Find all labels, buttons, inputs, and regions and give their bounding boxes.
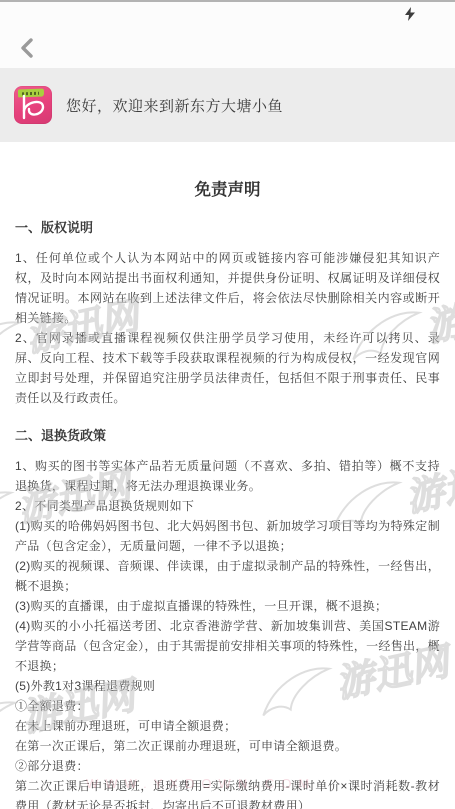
disclaimer-document: 免责声明 一、版权说明1、任何单位或个人认为本网站中的网页或链接内容可能涉嫌侵犯…	[0, 176, 455, 809]
chevron-left-icon	[19, 38, 34, 58]
datang-xiaoyu-app-icon	[14, 86, 52, 124]
section-heading: 一、版权说明	[15, 218, 440, 238]
paragraph: 1、购买的图书等实体产品若无质量问题（不喜欢、多拍、错拍等）概不支持退换货，课程…	[15, 456, 440, 496]
app-screen: 您好，欢迎来到新东方大塘小鱼 免责声明 一、版权说明1、任何单位或个人认为本网站…	[0, 0, 455, 809]
document-sections: 一、版权说明1、任何单位或个人认为本网站中的网页或链接内容可能涉嫌侵犯其知识产权…	[15, 218, 440, 809]
paragraph: (2)购买的视频课、音频课、伴读课，由于虚拟录制产品的特殊性，一经售出，概不退换…	[15, 556, 440, 596]
paragraph: ②部分退费：	[15, 756, 440, 776]
document-title: 免责声明	[15, 176, 440, 200]
paragraph: (1)购买的哈佛妈妈图书包、北大妈妈图书包、新加坡学习项目等均为特殊定制产品（包…	[15, 516, 440, 556]
paragraph: 2、官网录播或直播课程视频仅供注册学员学习使用，未经许可以拷贝、录屏、反向工程、…	[15, 328, 440, 408]
paragraph: (5)外教1对3课程退费规则	[15, 676, 440, 696]
paragraph: ①全额退费：	[15, 696, 440, 716]
back-button[interactable]	[13, 35, 39, 61]
welcome-banner: 您好，欢迎来到新东方大塘小鱼	[0, 68, 455, 142]
welcome-text: 您好，欢迎来到新东方大塘小鱼	[66, 95, 283, 116]
top-bar	[0, 0, 455, 68]
paragraph: 1、任何单位或个人认为本网站中的网页或链接内容可能涉嫌侵犯其知识产权，及时向本网…	[15, 248, 440, 328]
fish-logo-icon	[19, 94, 47, 120]
charging-icon	[405, 7, 415, 21]
paragraph: 2、不同类型产品退换货规则如下	[15, 496, 440, 516]
paragraph: 第二次正课后申请退班，退班费用=实际缴纳费用-课时单价×课时消耗数-教材费用（教…	[15, 776, 440, 809]
paragraph: 在第一次正课后，第二次正课前办理退班，可申请全额退费。	[15, 736, 440, 756]
section-heading: 二、退换货政策	[15, 426, 440, 446]
paragraph: (4)购买的小小托福送考团、北京香港游学营、新加坡集训营、美国STEAM游学营等…	[15, 616, 440, 676]
paragraph: 在未上课前办理退班，可申请全额退费；	[15, 716, 440, 736]
paragraph: (3)购买的直播课，由于虚拟直播课的特殊性，一旦开课，概不退换；	[15, 596, 440, 616]
